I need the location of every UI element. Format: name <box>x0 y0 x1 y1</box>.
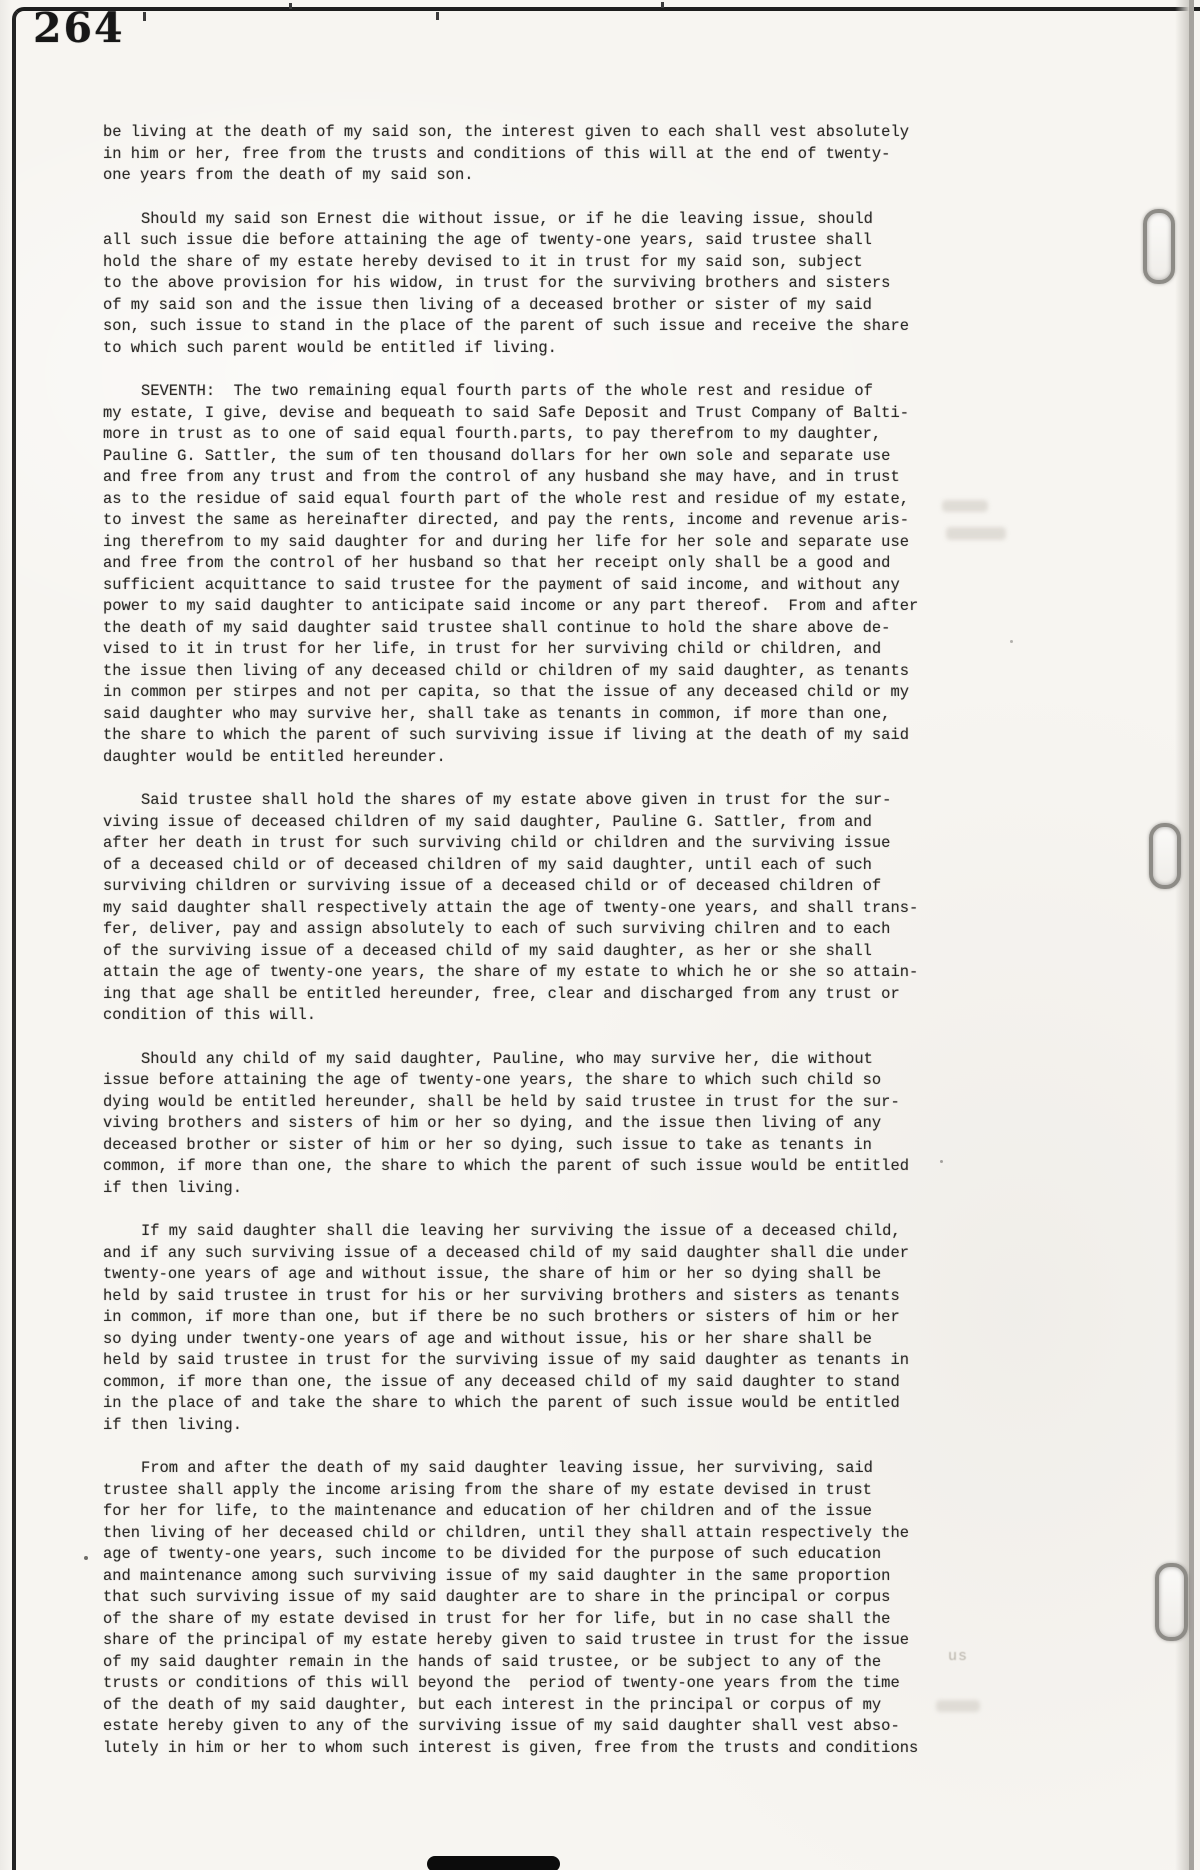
scan-artifact <box>936 1700 980 1712</box>
text-line: my said daughter shall respectively atta… <box>103 899 948 921</box>
text-line: be living at the death of my said son, t… <box>103 123 948 145</box>
text-line: viving brothers and sisters of him or he… <box>103 1114 948 1136</box>
text-line: surviving children or surviving issue of… <box>103 877 948 899</box>
paragraph: Should my said son Ernest die without is… <box>103 210 948 361</box>
paragraph: From and after the death of my said daug… <box>103 1459 948 1760</box>
text-line: the share to which the parent of such su… <box>103 726 948 748</box>
text-line: in common, if more than one, but if ther… <box>103 1308 948 1330</box>
scan-artifact <box>1010 640 1013 643</box>
text-line: SEVENTH: The two remaining equal fourth … <box>103 382 948 404</box>
scan-artifact <box>661 2 664 8</box>
binder-hole <box>1149 823 1181 889</box>
text-line: Pauline G. Sattler, the sum of ten thous… <box>103 447 948 469</box>
paragraph: Should any child of my said daughter, Pa… <box>103 1050 948 1201</box>
document-text: be living at the death of my said son, t… <box>103 123 948 1760</box>
text-line: held by said trustee in trust for the su… <box>103 1351 948 1373</box>
binder-hole <box>1143 209 1175 284</box>
text-line: and free from the control of her husband… <box>103 554 948 576</box>
paragraph: SEVENTH: The two remaining equal fourth … <box>103 382 948 769</box>
text-line: Should any child of my said daughter, Pa… <box>103 1050 948 1072</box>
scan-artifact <box>143 12 146 21</box>
text-line: the issue then living of any deceased ch… <box>103 662 948 684</box>
text-line: the death of my said daughter said trust… <box>103 619 948 641</box>
scan-artifact <box>84 1556 88 1560</box>
left-edge-shade <box>0 0 12 1870</box>
text-line: issue before attaining the age of twenty… <box>103 1071 948 1093</box>
text-line: all such issue die before attaining the … <box>103 231 948 253</box>
text-line: held by said trustee in trust for his or… <box>103 1287 948 1309</box>
scanned-page: 264 be living at the death of my said so… <box>0 0 1200 1870</box>
text-line: trustee shall apply the income arising f… <box>103 1481 948 1503</box>
text-line: to which such parent would be entitled i… <box>103 339 948 361</box>
text-line: vised to it in trust for her life, in tr… <box>103 640 948 662</box>
text-line: trusts or conditions of this will beyond… <box>103 1674 948 1696</box>
text-line: of a deceased child or of deceased child… <box>103 856 948 878</box>
text-line: in him or her, free from the trusts and … <box>103 145 948 167</box>
text-line: sufficient acquittance to said trustee f… <box>103 576 948 598</box>
text-line: that such surviving issue of my said dau… <box>103 1588 948 1610</box>
text-line: of the surviving issue of a deceased chi… <box>103 942 948 964</box>
text-line: to invest the same as hereinafter direct… <box>103 511 948 533</box>
scan-artifact-bottom-bar <box>427 1856 560 1870</box>
text-line: ing that age shall be entitled hereunder… <box>103 985 948 1007</box>
text-line: deceased brother or sister of him or her… <box>103 1136 948 1158</box>
page-frame-left-line <box>12 22 16 1870</box>
text-line: If my said daughter shall die leaving he… <box>103 1222 948 1244</box>
text-line: as to the residue of said equal fourth p… <box>103 490 948 512</box>
text-line: age of twenty-one years, such income to … <box>103 1545 948 1567</box>
text-line: Should my said son Ernest die without is… <box>103 210 948 232</box>
text-line: to the above provision for his widow, in… <box>103 274 948 296</box>
text-line: more in trust as to one of said equal fo… <box>103 425 948 447</box>
text-line: and if any such surviving issue of a dec… <box>103 1244 948 1266</box>
text-line: condition of this will. <box>103 1006 948 1028</box>
scan-artifact <box>436 12 439 20</box>
text-line: lutely in him or her to whom such intere… <box>103 1739 948 1761</box>
scan-artifact <box>940 1160 943 1163</box>
text-line: From and after the death of my said daug… <box>103 1459 948 1481</box>
text-line: in the place of and take the share to wh… <box>103 1394 948 1416</box>
scan-artifact <box>942 500 988 512</box>
page-number: 264 <box>33 4 125 52</box>
text-line: and free from any trust and from the con… <box>103 468 948 490</box>
text-line: ing therefrom to my said daughter for an… <box>103 533 948 555</box>
text-line: twenty-one years of age and without issu… <box>103 1265 948 1287</box>
text-line: so dying under twenty-one years of age a… <box>103 1330 948 1352</box>
text-line: attain the age of twenty-one years, the … <box>103 963 948 985</box>
scan-artifact <box>946 527 1006 540</box>
text-line: my estate, I give, devise and bequeath t… <box>103 404 948 426</box>
text-line: of the death of my said daughter, but ea… <box>103 1696 948 1718</box>
text-line: of my said son and the issue then living… <box>103 296 948 318</box>
binder-hole <box>1155 1563 1188 1641</box>
paragraph: Said trustee shall hold the shares of my… <box>103 791 948 1028</box>
text-line: share of the principal of my estate here… <box>103 1631 948 1653</box>
text-line: in common per stirpes and not per capita… <box>103 683 948 705</box>
paragraph: If my said daughter shall die leaving he… <box>103 1222 948 1437</box>
page-frame-top-line <box>24 7 1200 11</box>
text-line: dying would be entitled hereunder, shall… <box>103 1093 948 1115</box>
text-line: if then living. <box>103 1416 948 1438</box>
scan-artifact <box>289 3 292 9</box>
text-line: son, such issue to stand in the place of… <box>103 317 948 339</box>
text-line: then living of her deceased child or chi… <box>103 1524 948 1546</box>
text-line: and maintenance among such surviving iss… <box>103 1567 948 1589</box>
paragraph: be living at the death of my said son, t… <box>103 123 948 188</box>
text-line: of my said daughter remain in the hands … <box>103 1653 948 1675</box>
text-line: estate hereby given to any of the surviv… <box>103 1717 948 1739</box>
text-line: said daughter who may survive her, shall… <box>103 705 948 727</box>
text-line: after her death in trust for such surviv… <box>103 834 948 856</box>
text-line: one years from the death of my said son. <box>103 166 948 188</box>
text-line: fer, deliver, pay and assign absolutely … <box>103 920 948 942</box>
text-line: viving issue of deceased children of my … <box>103 813 948 835</box>
text-line: Said trustee shall hold the shares of my… <box>103 791 948 813</box>
bleed-through-text: us <box>948 1648 968 1665</box>
text-line: common, if more than one, the issue of a… <box>103 1373 948 1395</box>
text-line: power to my said daughter to anticipate … <box>103 597 948 619</box>
text-line: of the share of my estate devised in tru… <box>103 1610 948 1632</box>
right-edge-line <box>1189 0 1194 1870</box>
text-line: hold the share of my estate hereby devis… <box>103 253 948 275</box>
text-line: daughter would be entitled hereunder. <box>103 748 948 770</box>
text-line: for her for life, to the maintenance and… <box>103 1502 948 1524</box>
text-line: common, if more than one, the share to w… <box>103 1157 948 1179</box>
text-line: if then living. <box>103 1179 948 1201</box>
